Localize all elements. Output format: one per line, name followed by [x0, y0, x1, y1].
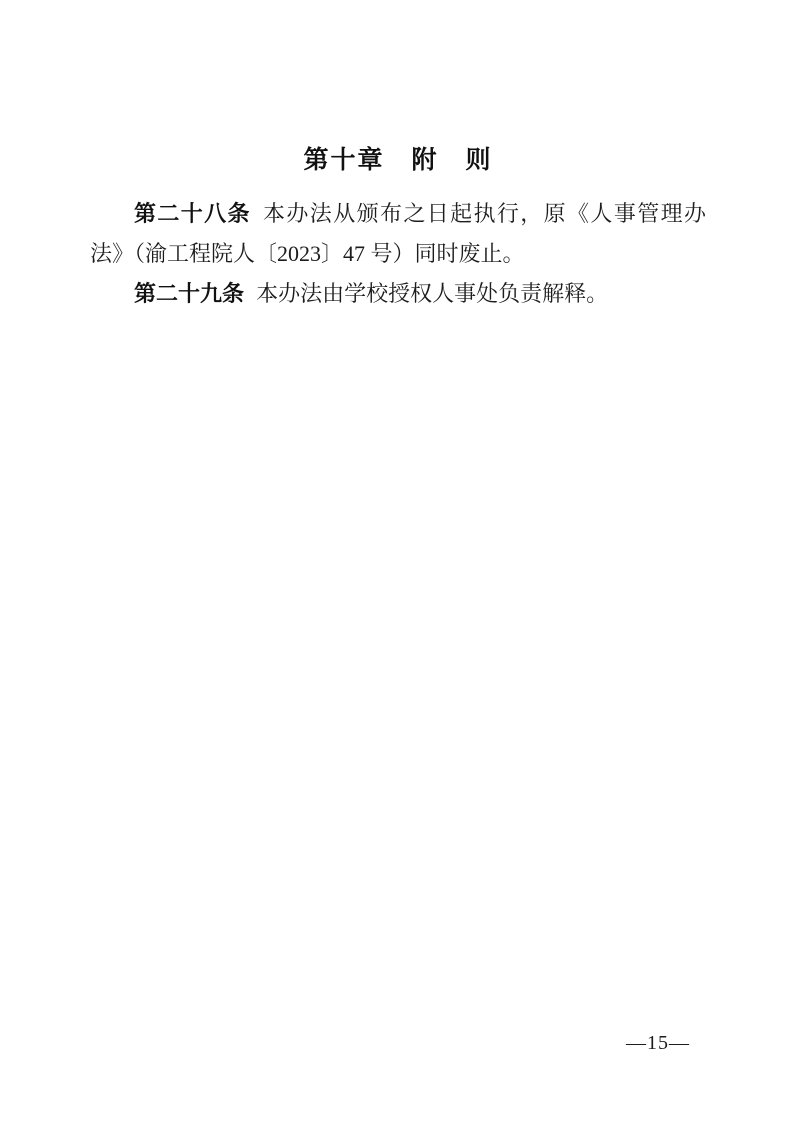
document-page: 第十章 附 则 第二十八条本办法从颁布之日起执行，原《人事管理办法》（渝工程院人… — [0, 0, 794, 1122]
article-28-number: 第二十八条 — [134, 201, 251, 226]
chapter-heading: 第十章 附 则 — [90, 146, 706, 175]
page-content: 第十章 附 则 第二十八条本办法从颁布之日起执行，原《人事管理办法》（渝工程院人… — [90, 146, 706, 314]
article-paragraph-28: 第二十八条本办法从颁布之日起执行，原《人事管理办法》（渝工程院人〔2023〕47… — [90, 194, 706, 274]
page-number: —15— — [626, 1032, 690, 1054]
article-paragraph-29: 第二十九条本办法由学校授权人事处负责解释。 — [90, 274, 706, 314]
article-29-number: 第二十九条 — [134, 281, 244, 306]
article-29-text: 本办法由学校授权人事处负责解释。 — [256, 281, 608, 306]
